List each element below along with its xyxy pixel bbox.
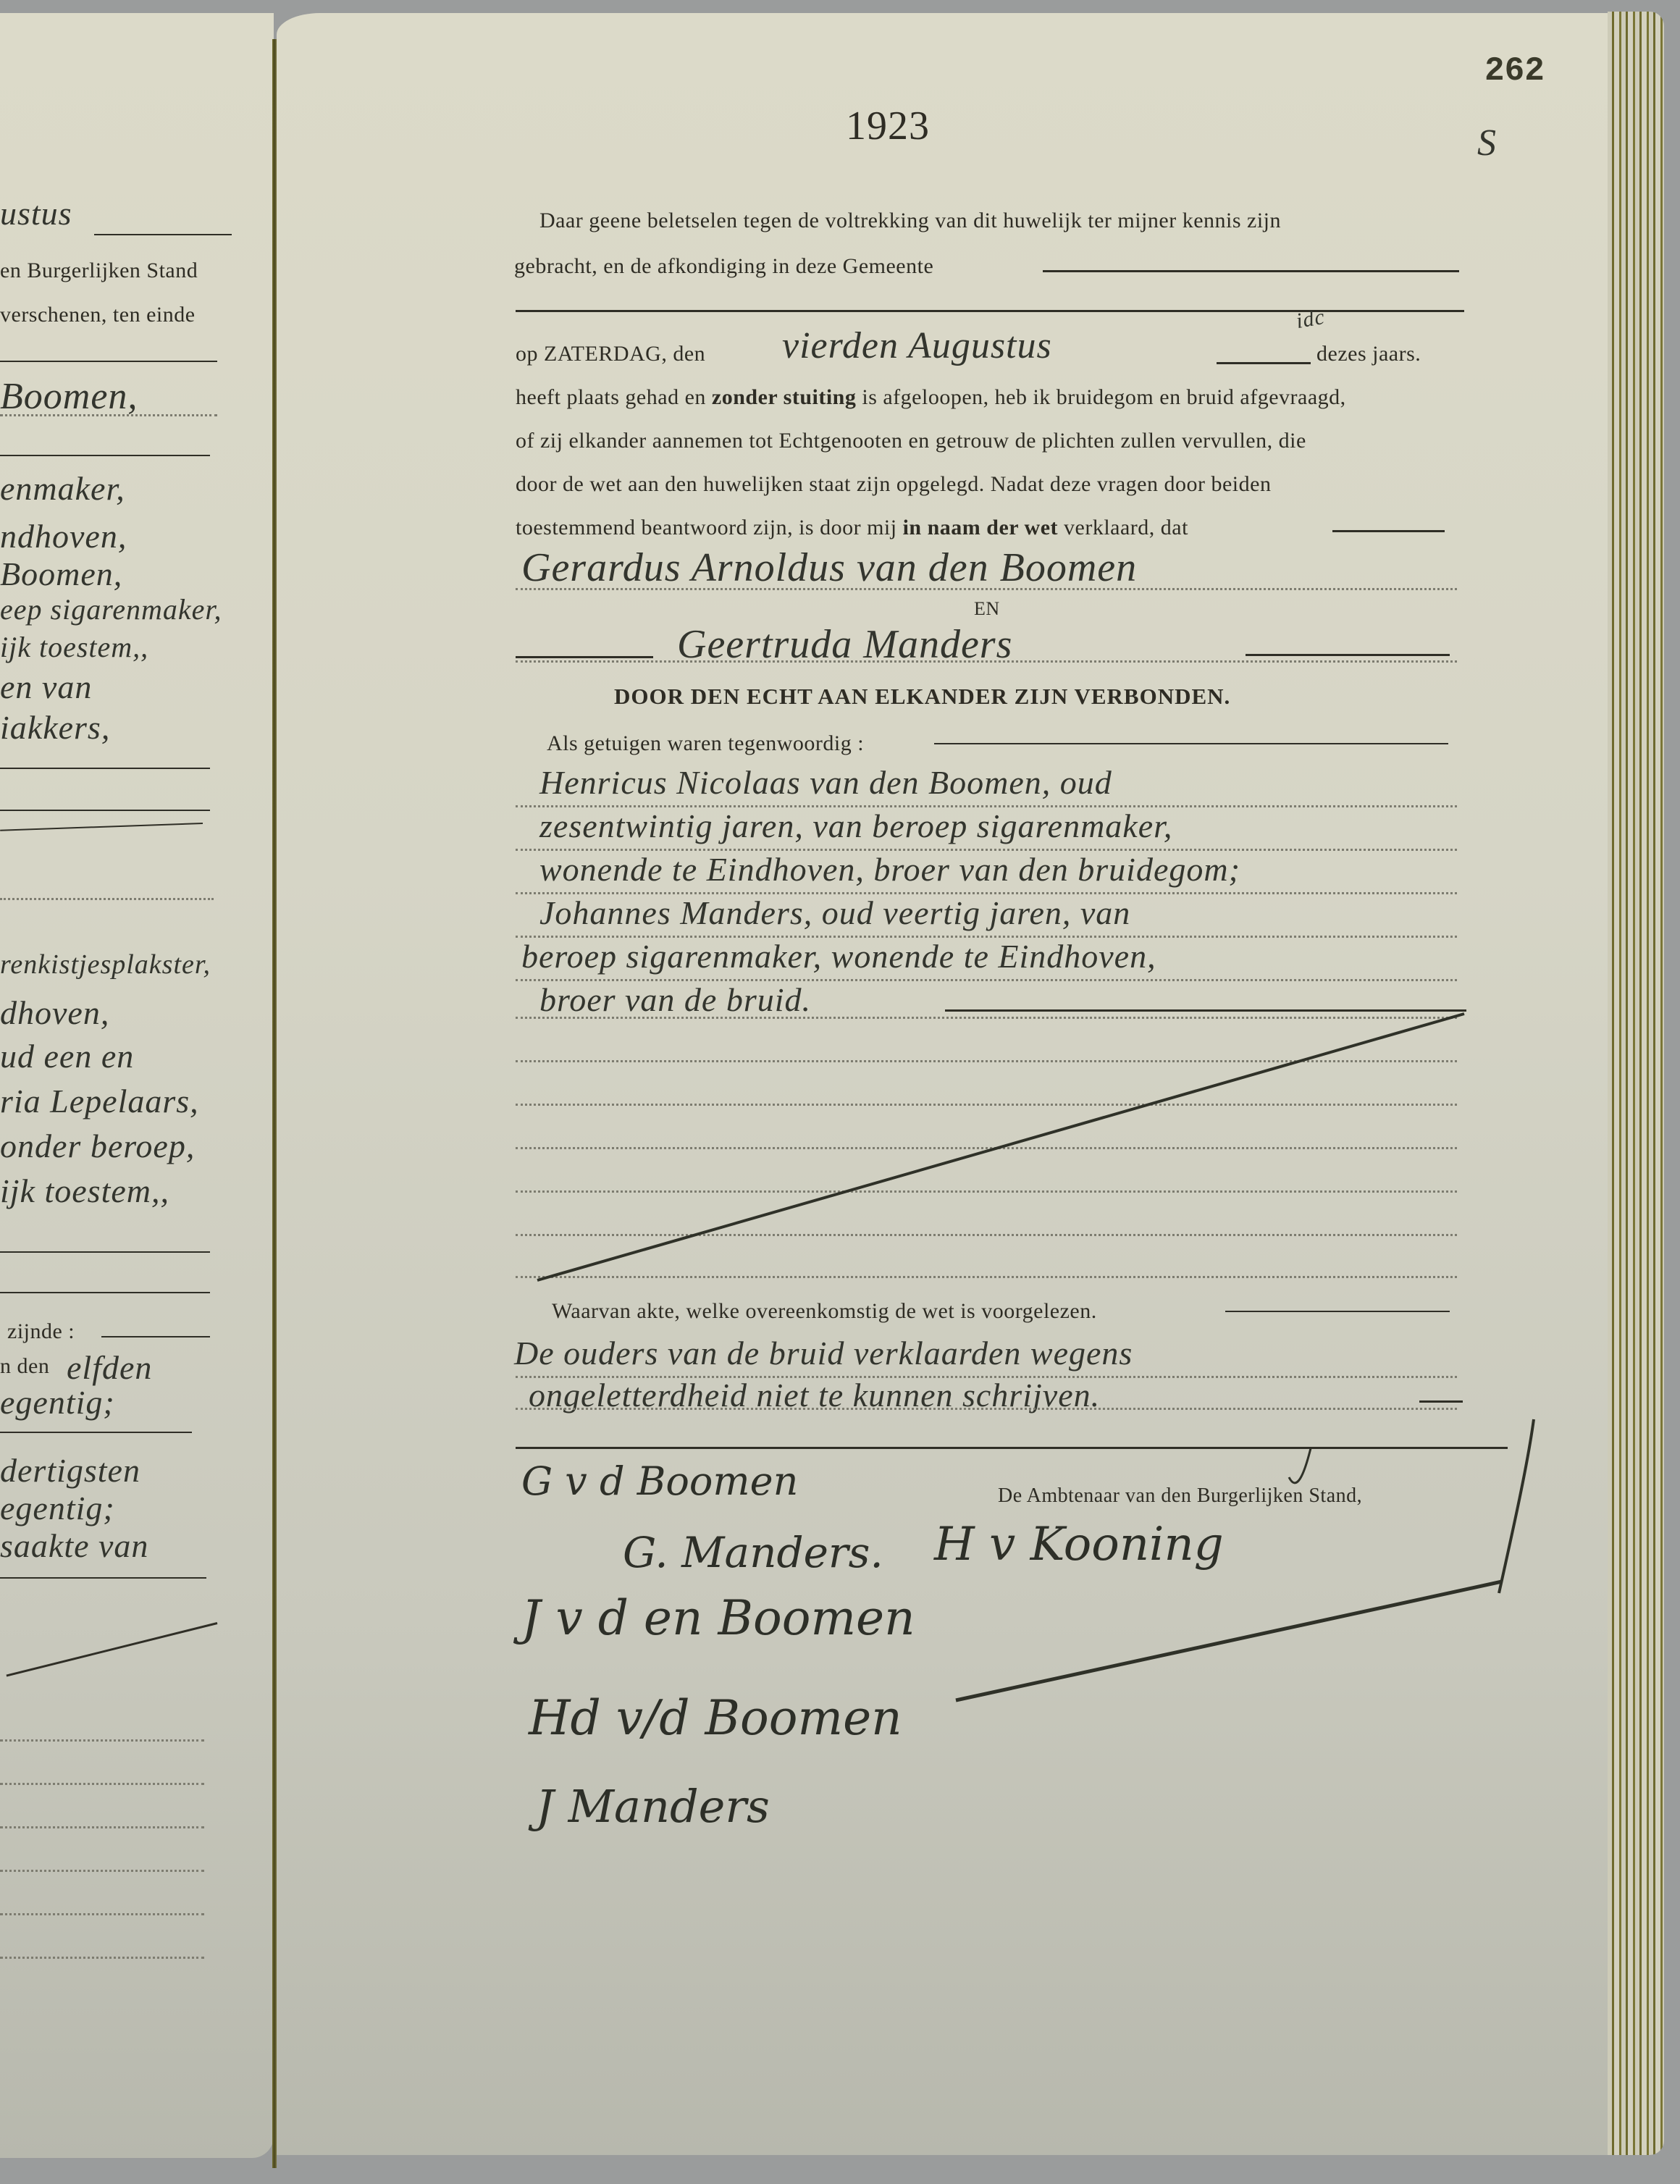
signature-underline-stroke bbox=[956, 1582, 1502, 1700]
pen-strokes bbox=[0, 0, 1680, 2184]
cancel-stroke bbox=[537, 1014, 1464, 1280]
note-flourish bbox=[1289, 1448, 1311, 1483]
official-flourish bbox=[1499, 1419, 1534, 1593]
